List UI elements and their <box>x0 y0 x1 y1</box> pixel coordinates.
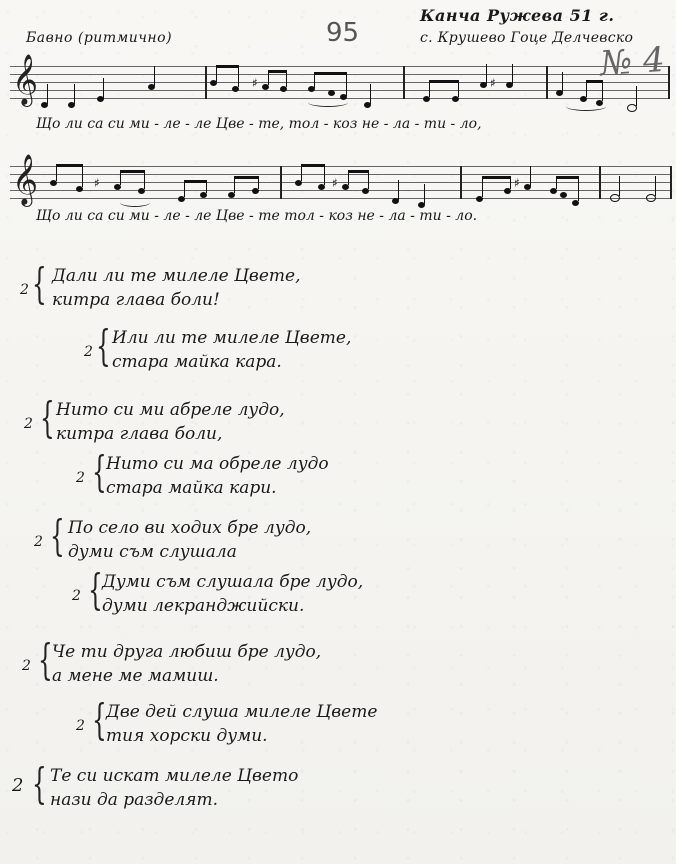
repeat-marker: 2 <box>24 412 33 436</box>
stanza-line: Думи съм слушала бре лудо, <box>102 570 363 594</box>
lyrics-line-2: Що ли са си ми - ле - ле Цве - те тол - … <box>36 208 477 224</box>
brace-icon: { <box>40 394 55 442</box>
stanza-line: Или ли те милеле Цвете, <box>112 326 351 350</box>
barline <box>670 166 672 199</box>
stanza-line: стара майка кара. <box>112 350 351 374</box>
stanza-line: думи лекранджийски. <box>102 594 363 618</box>
stanza-line: китра глава боли, <box>56 422 285 446</box>
brace-icon: { <box>92 696 107 744</box>
barline <box>205 66 207 99</box>
stanza-line: Нито си ми абреле лудо, <box>56 398 285 422</box>
stanza-line: думи съм слушала <box>68 540 311 564</box>
repeat-marker: 2 <box>84 340 93 364</box>
barline <box>403 66 405 99</box>
brace-icon: { <box>32 760 47 808</box>
tempo-marking: Бавно (ритмично) <box>26 30 172 46</box>
page-number: 95 <box>326 18 359 48</box>
stanza-line: Нито си ма обреле лудо <box>106 452 329 476</box>
stanza-line: По село ви ходих бре лудо, <box>68 516 311 540</box>
barline <box>599 166 601 199</box>
barline <box>546 66 548 99</box>
brace-icon: { <box>92 448 107 496</box>
stanza-line: стара майка кари. <box>106 476 329 500</box>
music-staff-2: 𝄞 ♯ ♯ ♯ <box>10 162 670 202</box>
barline <box>668 66 670 99</box>
brace-icon: { <box>32 260 47 308</box>
treble-clef-icon: 𝄞 <box>12 60 38 100</box>
stanza-line: Две дей слуша милеле Цвете <box>106 700 377 724</box>
barline <box>280 166 282 199</box>
stanza-line: Дали ли те милеле Цвете, <box>52 264 300 288</box>
manuscript-page: Бавно (ритмично) 95 Канча Ружева 51 г. с… <box>0 0 676 864</box>
repeat-marker: 2 <box>76 466 85 490</box>
barline <box>460 166 462 199</box>
lyrics-line-1: Що ли са си ми - ле - ле Цве - те, тол -… <box>36 116 482 132</box>
brace-icon: { <box>50 512 65 560</box>
brace-icon: { <box>88 566 103 614</box>
stanza-line: Че ти друга любиш бре лудо, <box>52 640 321 664</box>
repeat-marker: 2 <box>22 654 31 678</box>
brace-icon: { <box>38 636 53 684</box>
stanza-line: Те си искат милеле Цвето <box>50 764 298 788</box>
brace-icon: { <box>96 322 111 370</box>
treble-clef-icon: 𝄞 <box>12 160 38 200</box>
music-staff-1: 𝄞 ♯ ♯ <box>10 62 670 102</box>
repeat-marker: 2 <box>34 530 43 554</box>
stanza-line: нази да разделят. <box>50 788 298 812</box>
repeat-marker: 2 <box>76 714 85 738</box>
repeat-marker: 2 <box>20 278 29 302</box>
singer-name: Канча Ружева 51 г. <box>420 6 614 25</box>
stanza-line: китра глава боли! <box>52 288 300 312</box>
stanza-line: тия хорски думи. <box>106 724 377 748</box>
stanza-line: а мене ме мамиш. <box>52 664 321 688</box>
repeat-marker: 2 <box>12 774 23 798</box>
repeat-marker: 2 <box>72 584 81 608</box>
